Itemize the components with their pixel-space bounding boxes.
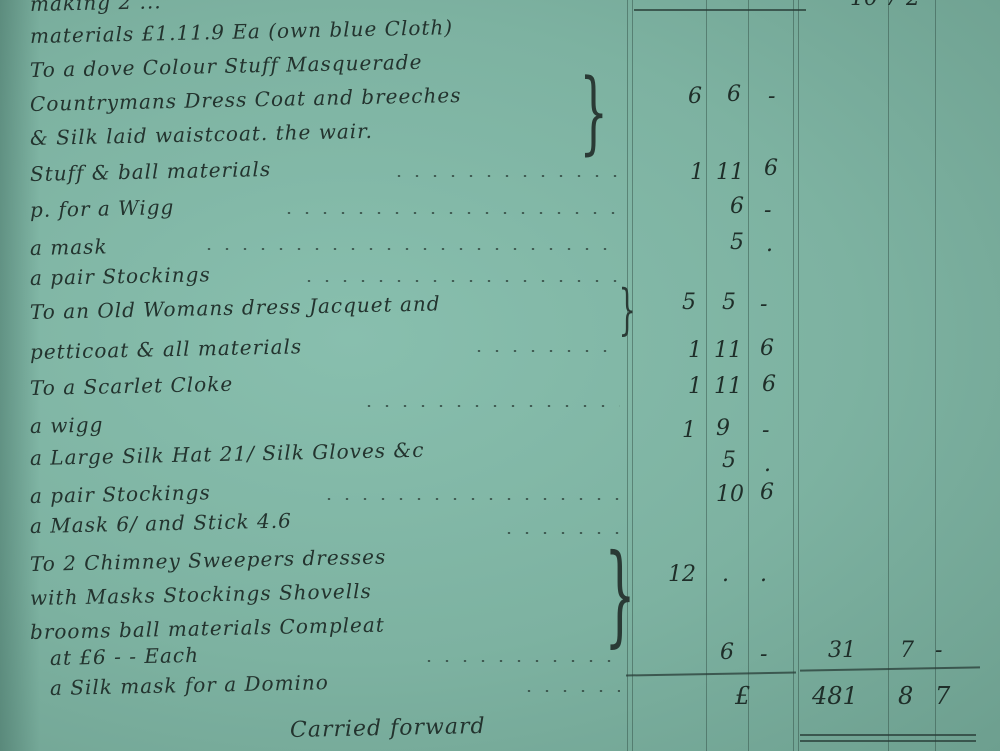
- dot-leader: [500, 532, 620, 534]
- entry-text: a pair Stockings: [30, 262, 211, 290]
- amount-pounds: 6: [688, 84, 702, 109]
- column-rule: [793, 0, 794, 751]
- amount-pounds: 12: [668, 562, 696, 587]
- sum-rule: [626, 672, 796, 676]
- dot-leader: [300, 280, 620, 282]
- entry-text: a Silk mask for a Domino: [50, 670, 329, 700]
- amount-pounds: 1: [690, 160, 704, 185]
- amount-shillings: 5: [722, 448, 736, 473]
- entry-text: a wigg: [30, 412, 104, 438]
- amount-pounds: 1: [682, 418, 696, 443]
- column-rule: [888, 0, 889, 751]
- amount-shillings: 11: [714, 338, 742, 363]
- amount-pounds: 1: [688, 338, 702, 363]
- entry-text: a mask: [30, 234, 108, 260]
- top-total-rule: [634, 9, 806, 11]
- subtotal-shillings: 7: [900, 638, 914, 663]
- amount-pence: 6: [764, 156, 778, 181]
- brace-bracket: }: [604, 530, 636, 658]
- amount-pence: .: [766, 232, 773, 257]
- amount-shillings: 11: [716, 160, 744, 185]
- dot-leader: [320, 498, 620, 500]
- amount-shillings: 11: [714, 374, 742, 399]
- amount-shillings: 6: [727, 82, 741, 107]
- amount-pence: 6: [760, 480, 774, 505]
- entry-text: p. for a Wigg: [30, 195, 175, 222]
- sum-rule: [800, 666, 980, 671]
- amount-pence: -: [762, 418, 769, 443]
- total-pounds: 481: [812, 682, 858, 710]
- entry-text: a Large Silk Hat 21/ Silk Gloves &c: [30, 438, 425, 470]
- amount-shillings: 10: [716, 482, 744, 507]
- dot-leader: [390, 175, 620, 177]
- entry-text: a pair Stockings: [30, 480, 211, 508]
- carried-forward-label: Carried forward: [290, 714, 486, 743]
- total-shillings: 8: [898, 682, 913, 710]
- dot-leader: [520, 690, 620, 692]
- amount-pence: -: [760, 642, 767, 667]
- entry-text: Countrymans Dress Coat and breeches: [30, 83, 462, 116]
- amount-pence: .: [760, 562, 767, 587]
- entry-text: brooms ball materials Compleat: [30, 613, 385, 644]
- amount-pence: 6: [762, 372, 776, 397]
- subtotal-pounds: 31: [828, 638, 856, 663]
- entry-text: To an Old Womans dress Jacquet and: [30, 291, 441, 324]
- entry-text: making 2 ...: [30, 0, 162, 16]
- dot-leader: [360, 405, 620, 407]
- entry-text: with Masks Stockings Shovells: [30, 579, 372, 610]
- entry-text: & Silk laid waistcoat. the wair.: [30, 119, 373, 150]
- ledger-page: 10 7 2 making 2 ... materials £1.11.9 Ea…: [0, 0, 1000, 751]
- total-double-rule: [800, 740, 976, 742]
- entry-text: To a Scarlet Cloke: [30, 372, 234, 400]
- dot-leader: [280, 212, 620, 214]
- amount-shillings: .: [722, 562, 729, 587]
- column-rule: [798, 0, 799, 751]
- entry-text: To 2 Chimney Sweepers dresses: [30, 545, 387, 576]
- amount-pence: 6: [760, 336, 774, 361]
- currency-symbol: £: [735, 682, 750, 710]
- amount-pence: -: [760, 292, 767, 317]
- entry-text: To a dove Colour Stuff Masquerade: [30, 50, 423, 82]
- amount-pence: .: [764, 452, 771, 477]
- total-pence: 7: [935, 682, 950, 710]
- dot-leader: [200, 248, 620, 250]
- column-rule: [706, 0, 707, 751]
- entry-text: materials £1.11.9 Ea (own blue Cloth): [30, 15, 454, 48]
- entry-text: at £6 - - Each: [50, 643, 199, 670]
- dot-leader: [470, 350, 620, 352]
- total-double-rule: [800, 734, 976, 736]
- top-partial-total: 10 7 2: [850, 0, 920, 11]
- column-rule: [748, 0, 749, 751]
- entry-text: a Mask 6/ and Stick 4.6: [30, 509, 292, 538]
- dot-leader: [420, 660, 620, 662]
- brace-bracket: }: [579, 60, 608, 165]
- amount-pounds: 1: [688, 374, 702, 399]
- amount-shillings: 9: [716, 416, 730, 441]
- amount-shillings: 6: [720, 640, 734, 665]
- amount-pence: -: [768, 84, 775, 109]
- subtotal-pence: -: [935, 638, 942, 663]
- amount-shillings: 6: [730, 194, 744, 219]
- amount-pence: -: [764, 198, 771, 223]
- brace-bracket: }: [619, 278, 636, 341]
- amount-pounds: 5: [682, 290, 696, 315]
- entry-text: Stuff & ball materials: [30, 157, 272, 186]
- amount-shillings: 5: [730, 230, 744, 255]
- entry-text: petticoat & all materials: [30, 334, 303, 364]
- amount-shillings: 5: [722, 290, 736, 315]
